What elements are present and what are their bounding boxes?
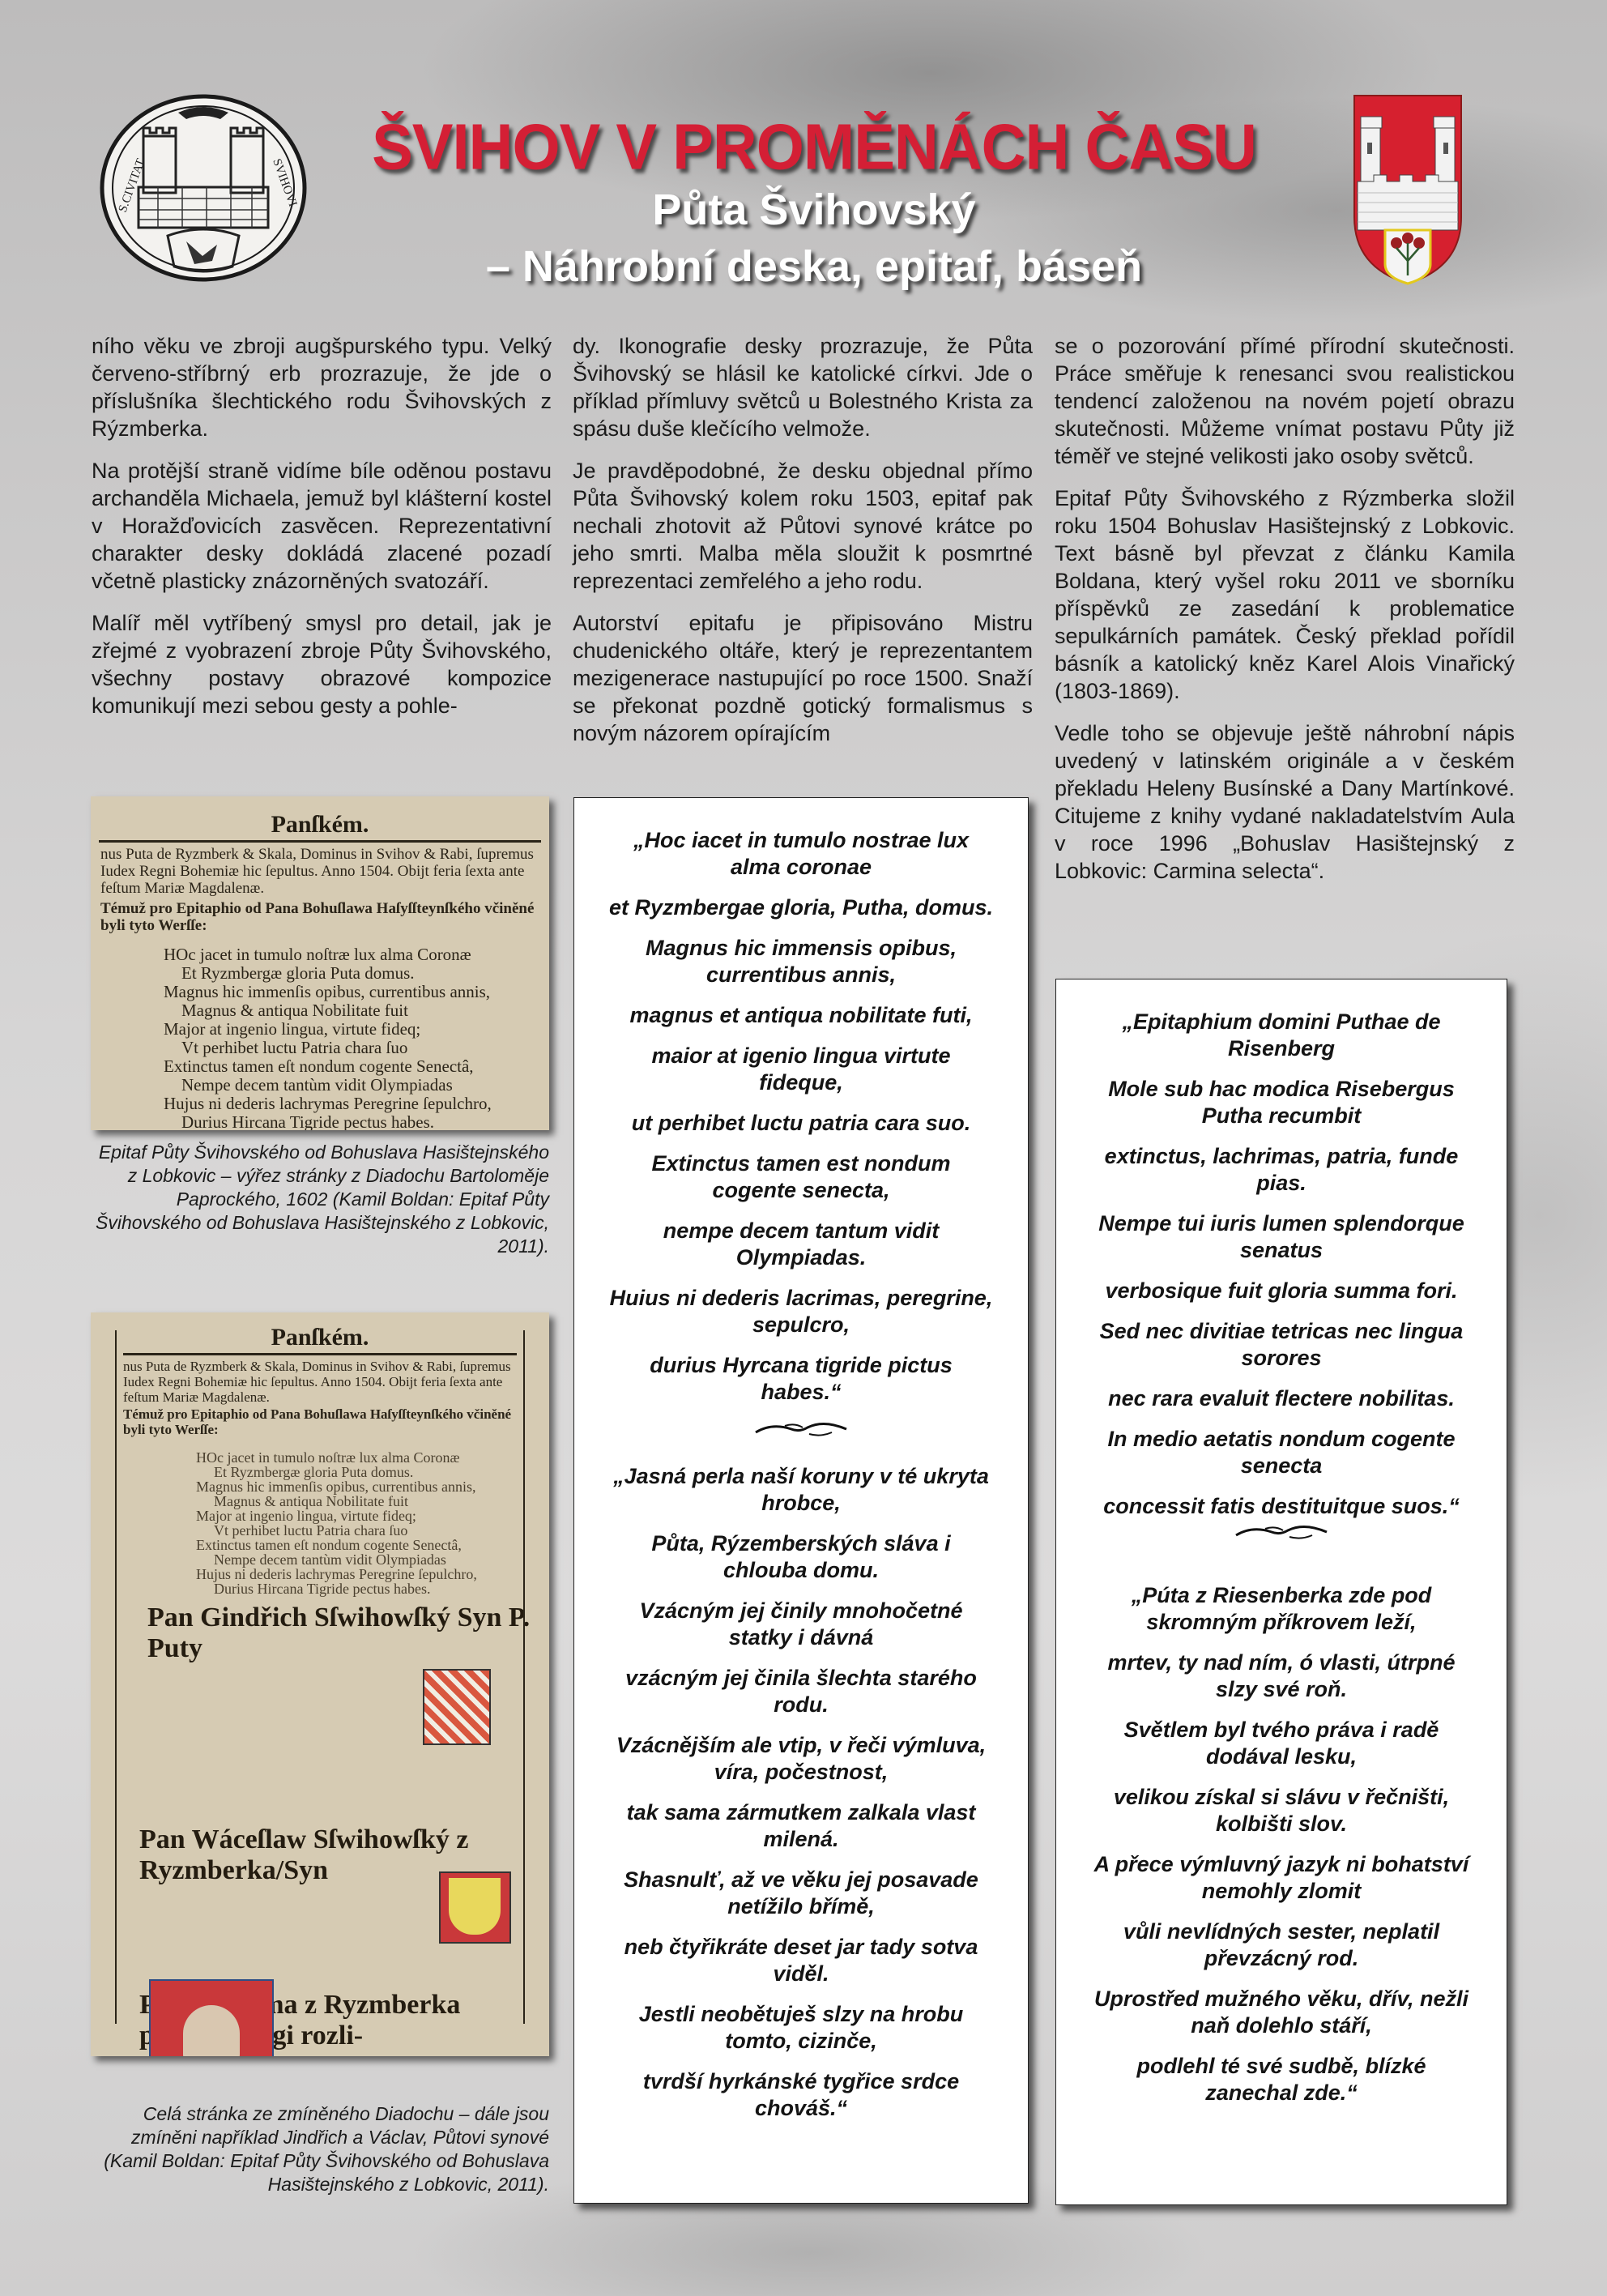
page-header: Panſkém.	[99, 811, 541, 843]
page-subtitle-2: – Náhrobní deska, epitaf, báseň	[300, 241, 1328, 292]
poem-line: nempe decem tantum vidit Olympiadas.	[607, 1218, 995, 1271]
verse-line: Nempe decem tantùm vidit Olympiadas	[164, 1076, 549, 1095]
poem-line: „Púta z Riesenberka zde pod skromným pří…	[1089, 1582, 1474, 1636]
paragraph: ního věku ve zbroji augšpurského typu. V…	[92, 332, 552, 442]
poem-line: concessit fatis destituitque suos.“	[1089, 1493, 1474, 1520]
figure-caption: Epitaf Půty Švihovského od Bohuslava Has…	[91, 1141, 549, 1258]
poem-line: velikou získal si slávu v řečništi, kolb…	[1089, 1784, 1474, 1837]
article-column-3: se o pozorování přímé přírodní skutečnos…	[1055, 332, 1515, 899]
epitaph-box-latin-czech: „Epitaphium domini Puthae de Risenberg M…	[1055, 979, 1507, 2205]
poem-line: Extinctus tamen est nondum cogente senec…	[607, 1150, 995, 1204]
poem-line: vůli nevlídných sester, neplatil převzác…	[1089, 1918, 1474, 1972]
paragraph: Na protější straně vidíme bíle oděnou po…	[92, 457, 552, 595]
paragraph: Vedle toho se objevuje ještě náhrobní ná…	[1055, 719, 1515, 885]
paragraph: Autorství epitafu je připisováno Mistru …	[573, 609, 1033, 747]
verse-line: Magnus & antiqua Nobilitate fuit	[164, 1001, 549, 1020]
poem-line: verbosique fuit gloria summa fori.	[1089, 1278, 1474, 1304]
poem-line: maior at igenio lingua virtute fideque,	[607, 1043, 995, 1096]
poem-line: tak sama zármutkem zalkala vlast milená.	[607, 1799, 995, 1853]
poem-line: „Epitaphium domini Puthae de Risenberg	[1089, 1009, 1474, 1062]
poem-line: magnus et antiqua nobilitate futi,	[607, 1002, 995, 1029]
paragraph: dy. Ikonografie desky prozrazuje, že Půt…	[573, 332, 1033, 442]
poem-line: extinctus, lachrimas, patria, funde pias…	[1089, 1143, 1474, 1197]
latin-verse: HOc jacet in tumulo noſtræ lux alma Coro…	[91, 945, 549, 1130]
verse-line: HOc jacet in tumulo noſtræ lux alma Coro…	[164, 945, 549, 964]
poem-line: nec rara evaluit flectere nobilitas.	[1089, 1385, 1474, 1412]
poem-line: Půta, Rýzemberských sláva i chlouba domu…	[607, 1530, 995, 1584]
poem-line: mrtev, ty nad ním, ó vlasti, útrpné slzy…	[1089, 1649, 1474, 1703]
book-page-excerpt-image: Panſkém. nus Puta de Ryzmberk & Skala, D…	[91, 796, 549, 1130]
poem-line: Vzácným jej činily mnohočetné statky i d…	[607, 1598, 995, 1651]
paragraph: Je pravděpodobné, že desku objednal přím…	[573, 457, 1033, 595]
poem-line: Magnus hic immensis opibus, currentibus …	[607, 935, 995, 988]
poem-line: et Ryzmbergae gloria, Putha, domus.	[607, 894, 995, 921]
poem-box-latin-czech: „Hoc iacet in tumulo nostrae lux alma co…	[573, 797, 1029, 2204]
verse-line: Magnus hic immenſis opibus, currentibus …	[164, 983, 549, 1001]
verse-line: Major at ingenio lingua, virtute fideq;	[164, 1020, 549, 1039]
coat-of-arms-eagles-icon	[423, 1669, 491, 1745]
verse-line: Vt perhibet luctu Patria chara ſuo	[164, 1039, 549, 1057]
paragraph: se o pozorování přímé přírodní skutečnos…	[1055, 332, 1515, 470]
poem-line: Světlem byl tvého práva i radě dodával l…	[1089, 1717, 1474, 1770]
poem-line: neb čtyřikráte deset jar tady sotva vidě…	[607, 1934, 995, 1987]
poem-line: Vzácnějším ale vtip, v řeči výmluva, vír…	[607, 1732, 995, 1786]
paragraph: Epitaf Půty Švihovského z Rýzmberka slož…	[1055, 484, 1515, 705]
verse-line: Extinctus tamen eſt nondum cogente Senec…	[164, 1057, 549, 1076]
page-title: ŠVIHOV V PROMĚNÁCH ČASU	[300, 110, 1328, 184]
poem-line: Jestli neobětuješ slzy na hrobu tomto, c…	[607, 2001, 995, 2055]
poem-line: podlehl té své sudbě, blízké zanechal zd…	[1089, 2053, 1474, 2106]
verse-line: Durius Hircana Tigride pectus habes.	[164, 1113, 549, 1130]
paragraph: Malíř měl vytříbený smysl pro detail, ja…	[92, 609, 552, 719]
poem-line: Mole sub hac modica Risebergus Putha rec…	[1089, 1076, 1474, 1129]
poem-line: Sed nec divitiae tetricas nec lingua sor…	[1089, 1318, 1474, 1372]
poem-line: Nempe tui iuris lumen splendorque senatu…	[1089, 1210, 1474, 1264]
poem-line: Uprostřed mužného věku, dřív, nežli naň …	[1089, 1986, 1474, 2039]
portrait-woodcut-icon	[149, 1979, 274, 2056]
poem-line: A přece výmluvný jazyk ni bohatství nemo…	[1089, 1851, 1474, 1905]
poem-line: Huius ni dederis lacrimas, peregrine, se…	[607, 1285, 995, 1338]
poem-line: ut perhibet luctu patria cara suo.	[607, 1110, 995, 1137]
figure-caption: Celá stránka ze zmíněného Diadochu – dál…	[91, 2102, 549, 2196]
coat-of-arms-antlers-icon	[439, 1871, 511, 1944]
poem-line: Shasnulť, až ve věku jej posavade netíži…	[607, 1867, 995, 1920]
town-seal-icon: S.CIVITAT SVIHOVI.	[93, 92, 313, 284]
poem-line: In medio aetatis nondum cogente senecta	[1089, 1426, 1474, 1479]
flourish-divider-icon	[752, 1419, 850, 1439]
poem-line: „Jasná perla naší koruny v té ukryta hro…	[607, 1463, 995, 1517]
poem-line: „Hoc iacet in tumulo nostrae lux alma co…	[607, 827, 995, 881]
full-book-page-image: Panſkém. nus Puta de Ryzmberk & Skala, D…	[91, 1312, 549, 2056]
poem-line: durius Hyrcana tigride pictus habes.“	[607, 1352, 995, 1406]
poem-line: tvrdší hyrkánské tygřice srdce chováš.“	[607, 2068, 995, 2122]
verse-line: Et Ryzmbergæ gloria Puta domus.	[164, 964, 549, 983]
article-column-1: ního věku ve zbroji augšpurského typu. V…	[92, 332, 552, 734]
verse-line: Hujus ni dederis lachrymas Peregrine ſep…	[164, 1095, 549, 1113]
page-intro: Témuž pro Epitaphio od Pana Bohuſlawa Ha…	[91, 900, 549, 934]
poem-line: vzácným jej činila šlechta starého rodu.	[607, 1665, 995, 1718]
flourish-divider-icon	[1233, 1522, 1330, 1542]
coat-of-arms-icon	[1351, 92, 1464, 287]
page-subtitle: Půta Švihovský	[300, 185, 1328, 235]
article-column-2: dy. Ikonografie desky prozrazuje, že Půt…	[573, 332, 1033, 762]
page-text: nus Puta de Ryzmberk & Skala, Dominus in…	[91, 846, 549, 897]
